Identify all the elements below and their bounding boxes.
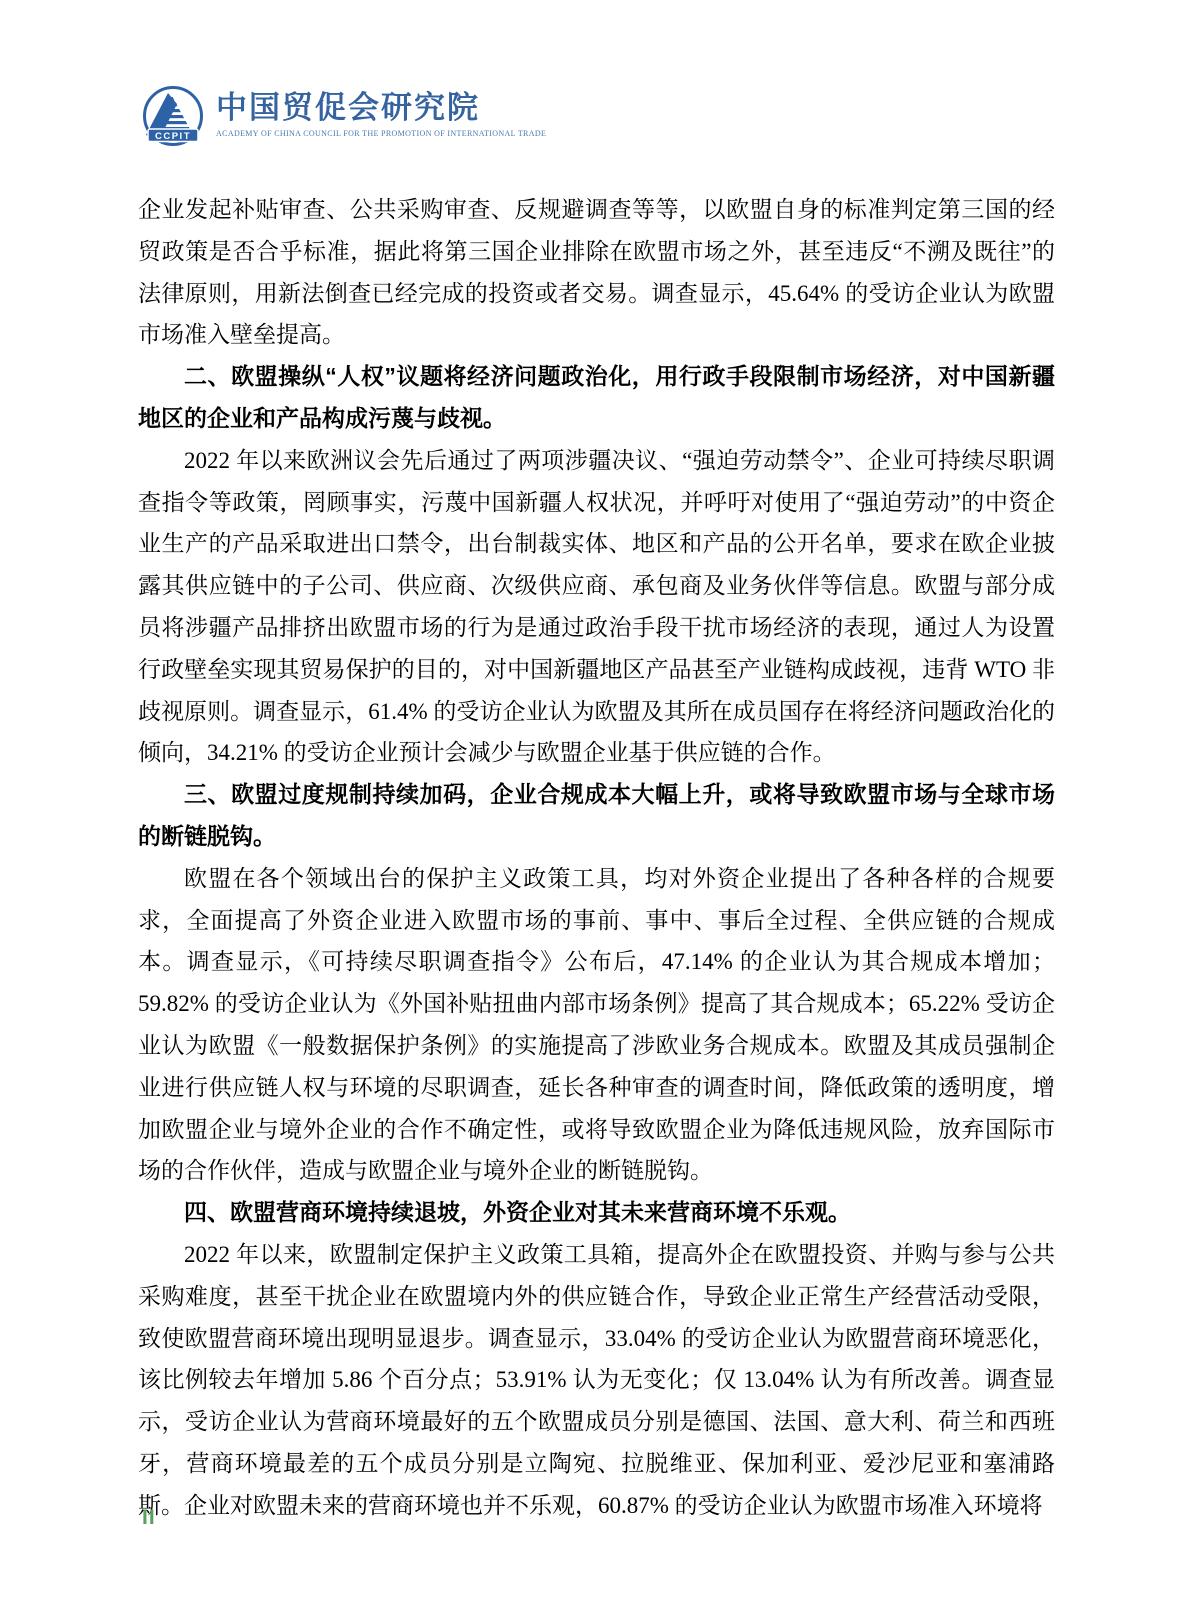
page-number: II xyxy=(142,1506,156,1530)
paragraph: 2022 年以来欧洲议会先后通过了两项涉疆决议、“强迫劳动禁令”、企业可持续尽职… xyxy=(138,440,1055,774)
section-heading-3: 三、欧盟过度规制持续加码，企业合规成本大幅上升，或将导致欧盟市场与全球市场的断链… xyxy=(138,774,1055,858)
ccpit-acronym: CCPIT xyxy=(155,131,191,142)
org-name-chinese: 中国贸促会研究院 xyxy=(216,90,546,126)
logo-header: CCPIT 中国贸促会研究院 ACADEMY OF CHINA COUNCIL … xyxy=(139,84,546,152)
logo-text-column: 中国贸促会研究院 ACADEMY OF CHINA COUNCIL FOR TH… xyxy=(216,84,546,138)
paragraph-continued: 企业发起补贴审查、公共采购审查、反规避调查等等，以欧盟自身的标准判定第三国的经贸… xyxy=(138,189,1055,356)
org-name-english: ACADEMY OF CHINA COUNCIL FOR THE PROMOTI… xyxy=(216,129,546,138)
ccpit-logo-icon: CCPIT xyxy=(139,84,207,152)
document-page: CCPIT 中国贸促会研究院 ACADEMY OF CHINA COUNCIL … xyxy=(0,0,1191,1616)
section-heading-2: 二、欧盟操纵“人权”议题将经济问题政治化，用行政手段限制市场经济，对中国新疆地区… xyxy=(138,356,1055,440)
section-heading-4: 四、欧盟营商环境持续退坡，外资企业对其未来营商环境不乐观。 xyxy=(138,1192,1055,1234)
document-content: 企业发起补贴审查、公共采购审查、反规避调查等等，以欧盟自身的标准判定第三国的经贸… xyxy=(138,189,1055,1527)
paragraph: 欧盟在各个领域出台的保护主义政策工具，均对外资企业提出了各种各样的合规要求，全面… xyxy=(138,858,1055,1192)
paragraph: 2022 年以来，欧盟制定保护主义政策工具箱，提高外企在欧盟投资、并购与参与公共… xyxy=(138,1234,1055,1527)
